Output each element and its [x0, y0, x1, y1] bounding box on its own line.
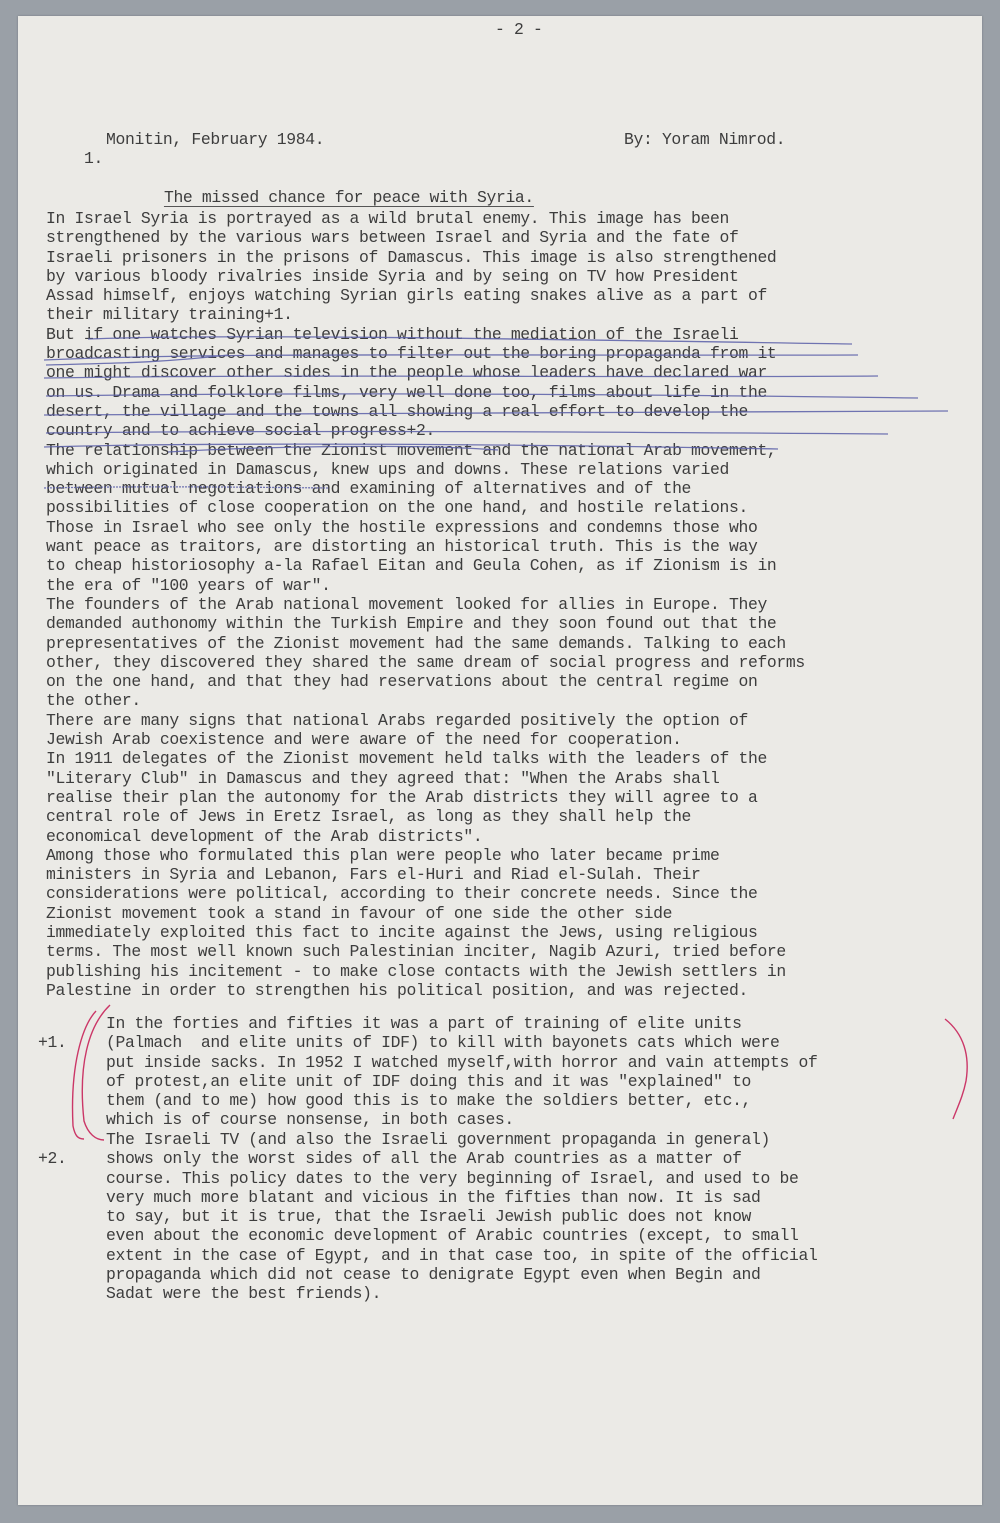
text-line: to cheap historiosophy a-la Rafael Eitan… [46, 556, 805, 575]
text-line: put inside sacks. In 1952 I watched myse… [106, 1053, 817, 1072]
footnote-text: In the forties and fifties it was a part… [106, 1014, 817, 1130]
text-line: Sadat were the best friends). [106, 1284, 817, 1303]
footnote-text: The Israeli TV (and also the Israeli gov… [106, 1130, 817, 1304]
text-line: broadcasting services and manages to fil… [46, 344, 805, 363]
text-line: shows only the worst sides of all the Ar… [106, 1149, 817, 1168]
text-line: which originated in Damascus, knew ups a… [46, 460, 805, 479]
text-line: The relationship between the Zionist mov… [46, 441, 805, 460]
text-line: want peace as traitors, are distorting a… [46, 537, 805, 556]
text-line: demanded authonomy within the Turkish Em… [46, 614, 805, 633]
text-line: Assad himself, enjoys watching Syrian gi… [46, 286, 805, 305]
text-line: ministers in Syria and Lebanon, Fars el-… [46, 865, 805, 884]
footnote-marker: +2. [38, 1149, 66, 1168]
text-line: But if one watches Syrian television wit… [46, 325, 805, 344]
text-line: "Literary Club" in Damascus and they agr… [46, 769, 805, 788]
page-number: - 2 - [495, 20, 542, 39]
text-line: propaganda which did not cease to denigr… [106, 1265, 817, 1284]
text-line: immediately exploited this fact to incit… [46, 923, 805, 942]
text-line: which is of course nonsense, in both cas… [106, 1110, 817, 1129]
text-line: Israeli prisoners in the prisons of Dama… [46, 248, 805, 267]
text-line: In 1911 delegates of the Zionist movemen… [46, 749, 805, 768]
source-publication: Monitin, February 1984. [106, 130, 324, 149]
source-byline: By: Yoram Nimrod. [624, 130, 785, 149]
text-line: (Palmach and elite units of IDF) to kill… [106, 1033, 817, 1052]
text-line: one might discover other sides in the pe… [46, 363, 805, 382]
footnote-marker: +1. [38, 1033, 66, 1052]
text-line: Among those who formulated this plan wer… [46, 846, 805, 865]
text-line: even about the economic development of A… [106, 1226, 817, 1245]
text-line: In the forties and fifties it was a part… [106, 1014, 817, 1033]
text-line: of protest,an elite unit of IDF doing th… [106, 1072, 817, 1091]
text-line: their military training+1. [46, 305, 805, 324]
text-line: course. This policy dates to the very be… [106, 1169, 817, 1188]
text-line: other, they discovered they shared the s… [46, 653, 805, 672]
text-line: The Israeli TV (and also the Israeli gov… [106, 1130, 817, 1149]
footnote-1: +1. In the forties and fifties it was a … [38, 1014, 76, 1091]
text-line: prepresentatives of the Zionist movement… [46, 634, 805, 653]
text-line: Palestine in order to strengthen his pol… [46, 981, 805, 1000]
source-number: 1. [84, 149, 103, 168]
text-line: very much more blatant and vicious in th… [106, 1188, 817, 1207]
text-line: between mutual negotiations and examinin… [46, 479, 805, 498]
document-page: - 2 - 1. Monitin, February 1984. By: Yor… [18, 16, 982, 1505]
text-line: on the one hand, and that they had reser… [46, 672, 805, 691]
text-line: terms. The most well known such Palestin… [46, 942, 805, 961]
text-line: possibilities of close cooperation on th… [46, 498, 805, 517]
text-line: realise their plan the autonomy for the … [46, 788, 805, 807]
text-line: considerations were political, according… [46, 884, 805, 903]
text-line: There are many signs that national Arabs… [46, 711, 805, 730]
text-line: Jewish Arab coexistence and were aware o… [46, 730, 805, 749]
article-body: In Israel Syria is portrayed as a wild b… [46, 209, 805, 1000]
text-line: publishing his incitement - to make clos… [46, 962, 805, 981]
text-line: the other. [46, 691, 805, 710]
text-line: extent in the case of Egypt, and in that… [106, 1246, 817, 1265]
text-line: them (and to me) how good this is to mak… [106, 1091, 817, 1110]
text-line: to say, but it is true, that the Israeli… [106, 1207, 817, 1226]
text-line: Zionist movement took a stand in favour … [46, 904, 805, 923]
text-line: desert, the village and the towns all sh… [46, 402, 805, 421]
text-line: In Israel Syria is portrayed as a wild b… [46, 209, 805, 228]
text-line: the era of "100 years of war". [46, 576, 805, 595]
text-line: central role of Jews in Eretz Israel, as… [46, 807, 805, 826]
text-line: on us. Drama and folklore films, very we… [46, 383, 805, 402]
text-line: economical development of the Arab distr… [46, 827, 805, 846]
text-line: The founders of the Arab national moveme… [46, 595, 805, 614]
footnote-2: +2. The Israeli TV (and also the Israeli… [38, 1130, 76, 1207]
text-line: by various bloody rivalries inside Syria… [46, 267, 805, 286]
article-title-text: The missed chance for peace with Syria. [164, 188, 534, 207]
text-line: strengthened by the various wars between… [46, 228, 805, 247]
text-line: Those in Israel who see only the hostile… [46, 518, 805, 537]
text-line: country and to achieve social progress+2… [46, 421, 805, 440]
